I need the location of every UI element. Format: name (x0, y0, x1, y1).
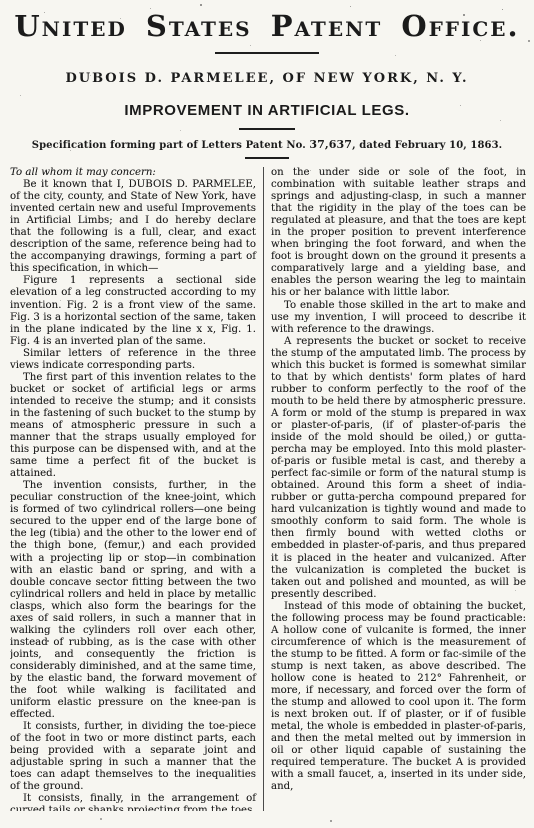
patent-document-page: United States Patent Office. DUBOIS D. P… (0, 0, 534, 828)
paragraph: It consists, further, in dividing the to… (10, 721, 256, 793)
left-column: To all whom it may concern: Be it known … (10, 167, 256, 811)
paragraph: To enable those skilled in the art to ma… (271, 300, 526, 336)
invention-divider (239, 128, 295, 130)
paragraph: It consists, finally, in the arrangement… (10, 793, 256, 811)
patent-number: 37,637 (309, 138, 352, 151)
paragraph: Instead of this mode of obtaining the bu… (271, 601, 526, 794)
paragraph-continuation: on the under side or sole of the foot, i… (271, 167, 526, 300)
specification-line: Specification forming part of Letters Pa… (0, 138, 534, 151)
salutation: To all whom it may concern: (10, 167, 256, 179)
column-divider (263, 167, 264, 811)
spec-prefix: Specification forming part of Letters Pa… (32, 140, 310, 151)
paragraph: The first part of this invention relates… (10, 372, 256, 480)
paragraph: Figure 1 represents a sectional side ele… (10, 275, 256, 347)
paragraph: The invention consists, further, in the … (10, 480, 256, 721)
spec-suffix: , dated February 10, 1863. (352, 140, 502, 151)
body-columns: To all whom it may concern: Be it known … (10, 167, 526, 811)
office-title: United States Patent Office. (0, 0, 534, 43)
inventor-line: DUBOIS D. PARMELEE, OF NEW YORK, N. Y. (0, 71, 534, 86)
paragraph: A represents the bucket or socket to rec… (271, 336, 526, 601)
paragraph: Be it known that I, DUBOIS D. PARMELEE, … (10, 179, 256, 275)
specification-divider (245, 157, 289, 159)
title-divider (215, 52, 319, 54)
invention-title: IMPROVEMENT IN ARTIFICIAL LEGS. (0, 102, 534, 119)
right-column: on the under side or sole of the foot, i… (271, 167, 526, 811)
paragraph: Similar letters of reference in the thre… (10, 348, 256, 372)
document-header: United States Patent Office. DUBOIS D. P… (0, 0, 534, 159)
